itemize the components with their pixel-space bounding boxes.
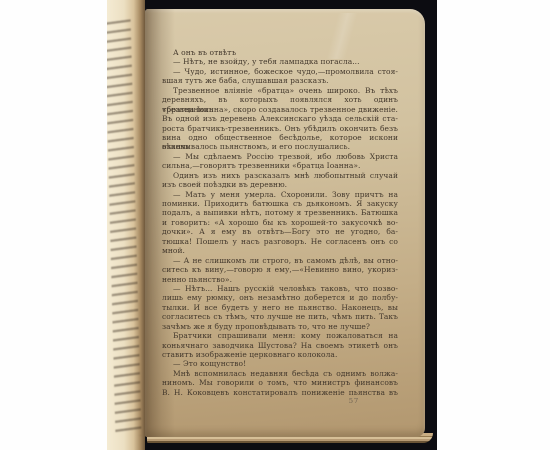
book-page: А онъ въ отвѣтъ— Нѣтъ, не взойду, у тебя… — [145, 9, 425, 437]
text-line: — Мы сдѣлаемъ Россію трезвой, ибо любовь… — [162, 152, 398, 161]
text-line: согласитесь съ тѣмъ, что лучше не пить, … — [162, 312, 398, 321]
text-line: сильна,—говорятъ трезвенники «братца Іоа… — [162, 161, 398, 170]
text-line: Трезвенное вліяніе «братца» очень широко… — [162, 86, 398, 95]
text-line: зачѣмъ же я буду проповѣдывать то, что н… — [162, 322, 398, 331]
text-line: роста братчикъ-трезвенникъ. Онъ убѣдилъ … — [162, 124, 398, 133]
text-line: А онъ въ отвѣтъ — [162, 48, 398, 57]
text-line: ситесь къ вину,—говорю я ему,—«Невинно в… — [162, 265, 398, 274]
text-line: вина одно общественное бесѣдолье, которо… — [162, 133, 398, 142]
screenshot-root: А онъ въ отвѣтъ— Нѣтъ, не взойду, у тебя… — [0, 0, 550, 450]
text-line: лишь ему рюмку, онъ незамѣтно доберется … — [162, 293, 398, 302]
text-line: оканчивалось пьянствомъ, и его послушали… — [162, 142, 398, 151]
text-line: деревняхъ, въ которыхъ появлялся хоть од… — [162, 95, 398, 104]
text-line: ниномъ. Мы говорили о томъ, что министръ… — [162, 378, 398, 387]
page-number: 57 — [349, 397, 359, 405]
text-line: ставитъ изображеніе церковнаго колокола. — [162, 350, 398, 359]
book-photo: А онъ въ отвѣтъ— Нѣтъ, не взойду, у тебя… — [107, 0, 437, 450]
text-line: «братца Іоанна», скоро создавалось трезв… — [162, 105, 398, 114]
text-line: — Мать у меня умерла. Схоронили. Зову пр… — [162, 190, 398, 199]
text-line: — Чудо, истинное, божеское чудо,—промолв… — [162, 67, 398, 76]
text-line: — Это кощунство! — [162, 359, 398, 368]
left-page-text-blur — [107, 16, 141, 437]
text-line: Братчики спрашивали меня: кому пожаловат… — [162, 331, 398, 340]
text-line: тюшка! Пошелъ у насъ разговоръ. Не согла… — [162, 237, 398, 246]
page-text: А онъ въ отвѣтъ— Нѣтъ, не взойду, у тебя… — [162, 48, 398, 397]
text-line: Одинъ изъ нихъ разсказалъ мнѣ любопытный… — [162, 171, 398, 180]
text-line: Мнѣ вспомнилась недавняя бесѣда съ одним… — [162, 369, 398, 378]
text-line: и говоритъ: «А хорошо бы къ хорошей-то з… — [162, 218, 398, 227]
text-line: ненно пьянство». — [162, 275, 398, 284]
text-line: мной. — [162, 246, 398, 255]
text-line: — А не слишкомъ ли строго, въ самомъ дѣл… — [162, 256, 398, 265]
text-line: — Нѣтъ... Нашъ русскій человѣкъ таковъ, … — [162, 284, 398, 293]
text-line: — Нѣтъ, не взойду, у тебя лампадка погас… — [162, 57, 398, 66]
text-line: В. Н. Коковцевъ констатировалъ пониженіе… — [162, 388, 398, 397]
text-line: поминки. Приходитъ батюшка съ дьякономъ.… — [162, 199, 398, 208]
text-line: коньячнаго заводчика Шустова? На своемъ … — [162, 341, 398, 350]
text-line: изъ своей поѣздки въ деревню. — [162, 180, 398, 189]
text-line: тылки. И все будетъ у него не пьянство. … — [162, 303, 398, 312]
text-line: подалъ, а выпивки нѣтъ, потому я трезвен… — [162, 208, 398, 217]
text-line: Въ одной изъ деревень Алексинскаго уѣзда… — [162, 114, 398, 123]
text-line: дочки». А я ему въ отвѣтъ—Богу это не уг… — [162, 227, 398, 236]
left-page-edge — [107, 0, 145, 450]
text-line: вшая тутъ же баба, слушавшая разсказъ. — [162, 76, 398, 85]
